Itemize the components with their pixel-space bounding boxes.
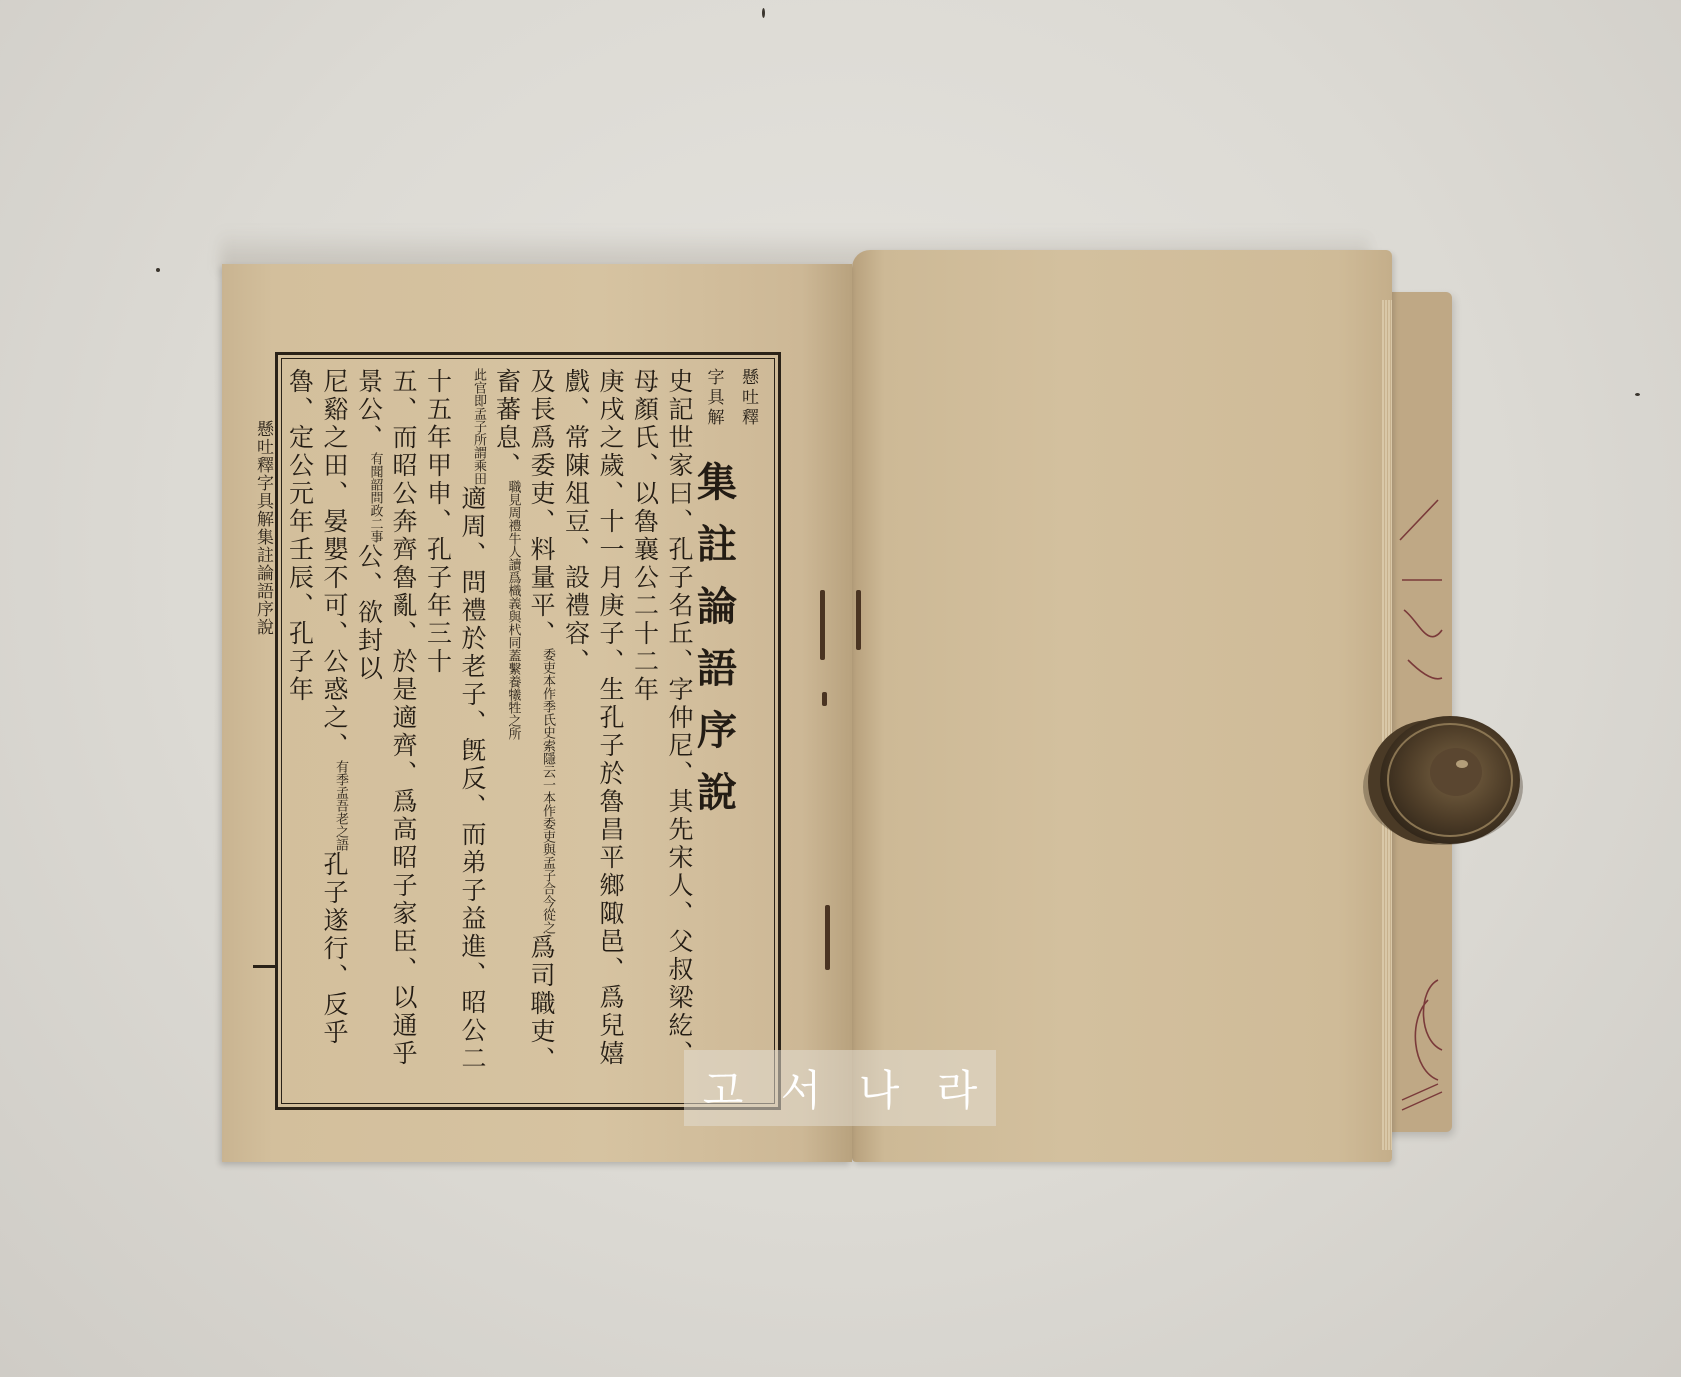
binding-stitch [856,590,861,650]
text-column: 五、而昭公奔齊魯亂、於是適齊、爲高昭子家臣、以通乎景公、有聞韶問政二事公、欲封以 [351,368,420,1088]
right-page [852,250,1392,1162]
brass-paperweight [1358,712,1523,847]
watermark-char: 고 [703,1058,744,1118]
dust-speck [1635,393,1640,396]
dust-speck [762,8,765,18]
text-column: 史記世家曰、孔子名丘、字仲尼、其先宋人、父叔梁紇、母顏氏、以魯襄公二十二年 [627,368,696,1088]
annotation: 職見周禮牛人讀爲樴義與杙同蓋繫養犧牲之所 [507,480,520,740]
text-column: 此官即孟子所謂乘田適周、問禮於老子、旣反、而弟子益進、昭公二十五年甲申、孔子年三… [420,368,489,1088]
margin-title: 懸吐釋字具解集註論語序說 [252,420,276,636]
watermark-char: 서 [781,1058,822,1118]
text-column: 尼谿之田、晏嬰不可、公惑之、有季孟吾老之語孔子遂行、反乎魯、定公元年壬辰、孔子年 [290,368,351,1088]
page-number [253,965,275,968]
watermark-char: 나 [859,1058,900,1118]
open-book: 懸吐釋字具解集註論語序說 懸吐釋 字具解 集註論語序說 史記世家曰、孔子名丘、字… [0,0,1681,1377]
text-column: 庚戌之歲、十一月庚子、生孔子於魯昌平鄉陬邑、爲兒嬉戲、常陳俎豆、設禮容、 [558,368,627,1088]
series-header: 字具解 集註論語序說 [696,368,731,1088]
text-column: 及長爲委吏、料量平、委吏本作季氏史索隱云一本作委吏與孟子合今從之爲司職吏、畜蕃息… [489,368,558,1088]
binding-stitch [822,692,827,706]
binding-stitch [820,590,825,660]
annotation: 委吏本作季氏史索隱云一本作委吏與孟子合今從之 [541,648,554,934]
watermark-char: 라 [937,1058,978,1118]
page-title: 集註論語序說 [691,461,738,833]
text-block: 懸吐釋 字具解 集註論語序說 史記世家曰、孔子名丘、字仲尼、其先宋人、父叔梁紇、… [290,368,765,1088]
annotation: 有季孟吾老之語 [334,760,347,851]
dust-speck [156,268,160,272]
annotation: 有聞韶問政二事 [369,452,382,543]
binding-stitch [825,905,830,970]
annotation: 此官即孟子所謂乘田 [472,368,485,485]
watermark: 고 서 나 라 [684,1050,996,1126]
